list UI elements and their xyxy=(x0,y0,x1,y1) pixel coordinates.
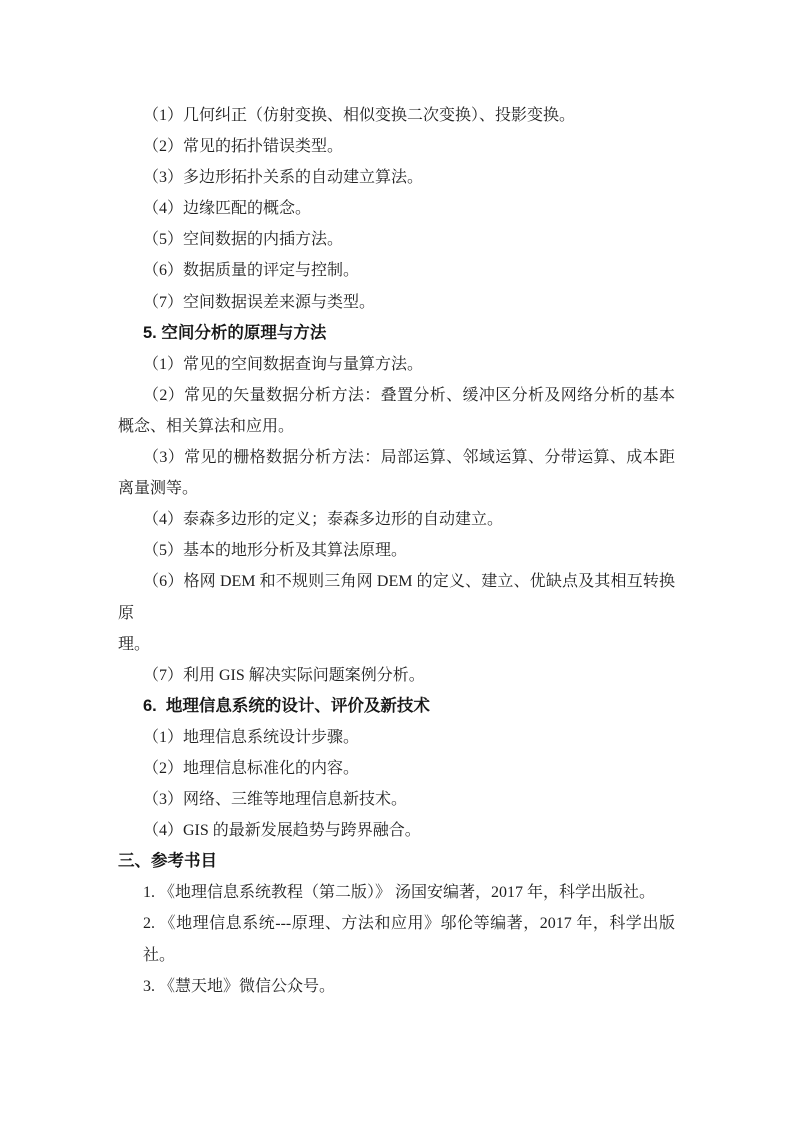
document-page: （1）几何纠正（仿射变换、相似变换二次变换）、投影变换。（2）常见的拓扑错误类型… xyxy=(0,0,793,1121)
text-line: （3）常见的栅格数据分析方法：局部运算、邻域运算、分带运算、成本距 xyxy=(118,442,675,473)
text-line: （3）多边形拓扑关系的自动建立算法。 xyxy=(118,162,675,193)
text-line: （6）格网 DEM 和不规则三角网 DEM 的定义、建立、优缺点及其相互转换原 xyxy=(118,566,675,628)
document-body: （1）几何纠正（仿射变换、相似变换二次变换）、投影变换。（2）常见的拓扑错误类型… xyxy=(118,100,675,1002)
text-line: （5）基本的地形分析及其算法原理。 xyxy=(118,535,675,566)
text-line: （7）空间数据误差来源与类型。 xyxy=(118,287,675,318)
heading-line: 5. 空间分析的原理与方法 xyxy=(118,318,675,349)
text-line: （4）边缘匹配的概念。 xyxy=(118,193,675,224)
text-line: （1）地理信息系统设计步骤。 xyxy=(118,722,675,753)
heading-line: 三、参考书目 xyxy=(118,846,675,877)
text-line: （1）常见的空间数据查询与量算方法。 xyxy=(118,349,675,380)
text-line: （5）空间数据的内插方法。 xyxy=(118,224,675,255)
text-line: （2）常见的矢量数据分析方法：叠置分析、缓冲区分析及网络分析的基本 xyxy=(118,380,675,411)
text-line: 概念、相关算法和应用。 xyxy=(118,411,675,442)
text-line: 理。 xyxy=(118,629,675,660)
text-line: 1. 《地理信息系统教程（第二版）》 汤国安编著，2017 年，科学出版社。 xyxy=(118,877,675,908)
text-line: （4）GIS 的最新发展趋势与跨界融合。 xyxy=(118,815,675,846)
text-line: 3. 《慧天地》微信公众号。 xyxy=(118,971,675,1002)
text-line: （6）数据质量的评定与控制。 xyxy=(118,255,675,286)
text-line: （3）网络、三维等地理信息新技术。 xyxy=(118,784,675,815)
text-line: （7）利用 GIS 解决实际问题案例分析。 xyxy=(118,660,675,691)
text-line: （2）常见的拓扑错误类型。 xyxy=(118,131,675,162)
text-line: 2. 《地理信息系统---原理、方法和应用》邬伦等编著，2017 年，科学出版 xyxy=(118,908,675,939)
text-line: （2）地理信息标准化的内容。 xyxy=(118,753,675,784)
heading-line: 6. 地理信息系统的设计、评价及新技术 xyxy=(118,691,675,722)
text-line: （1）几何纠正（仿射变换、相似变换二次变换）、投影变换。 xyxy=(118,100,675,131)
text-line: （4）泰森多边形的定义；泰森多边形的自动建立。 xyxy=(118,504,675,535)
text-line: 社。 xyxy=(118,940,675,971)
text-line: 离量测等。 xyxy=(118,473,675,504)
